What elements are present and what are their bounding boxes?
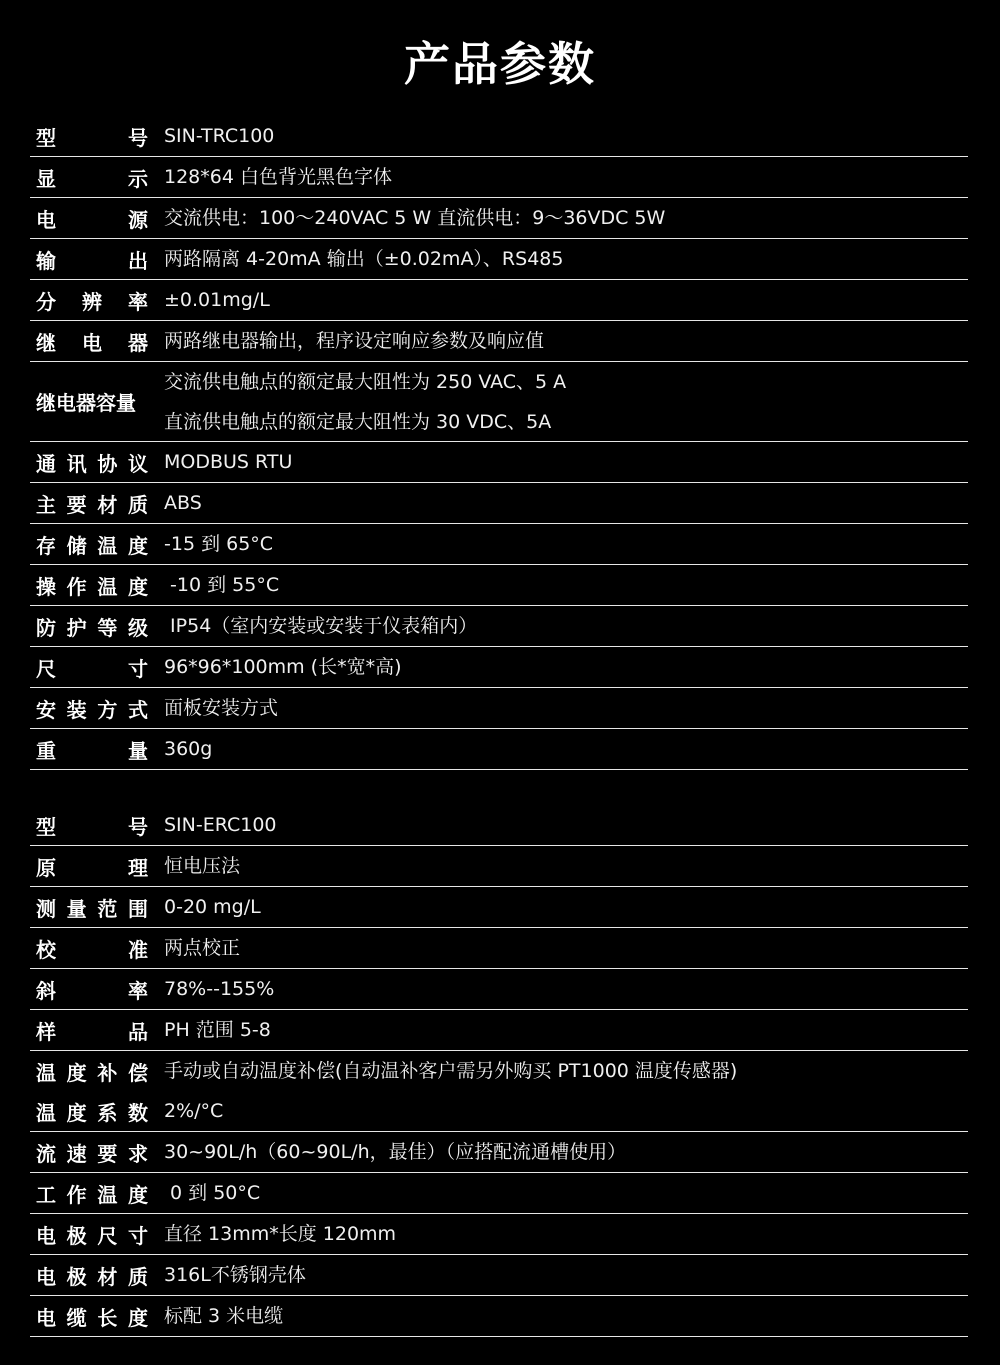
spec-row-display: 显示 128*64 白色背光黑色字体: [30, 157, 968, 198]
label-char: 寸: [128, 653, 148, 682]
spec-label: 流速要求: [36, 1138, 148, 1167]
spec-value-line: 直流供电触点的额定最大阻性为 30 VDC、5A: [164, 402, 566, 442]
spec-value: 0-20 mg/L: [164, 887, 261, 927]
label-char: 围: [128, 893, 148, 922]
spec-row-model: 型号 SIN-ERC100: [30, 805, 968, 846]
label-char: 电: [36, 204, 56, 233]
spec-value: 316L不锈钢壳体: [164, 1255, 306, 1295]
label-char: 量: [67, 893, 87, 922]
spec-row-relay: 继电器 两路继电器输出，程序设定响应参数及响应值: [30, 321, 968, 362]
label-char: 分: [36, 286, 56, 315]
spec-value-line: 交流供电触点的额定最大阻性为 250 VAC、5 A: [164, 362, 566, 402]
spec-row-material: 主要材质 ABS: [30, 483, 968, 524]
label-char: 理: [128, 852, 148, 881]
spec-label: 原理: [36, 852, 148, 881]
label-char: 协: [97, 448, 117, 477]
spec-value: MODBUS RTU: [164, 442, 292, 482]
spec-value: 两路隔离 4-20mA 输出（±0.02mA）、RS485: [164, 239, 563, 279]
label-char: 电: [36, 1302, 56, 1331]
spec-label: 显示: [36, 163, 148, 192]
label-char: 质: [128, 1261, 148, 1290]
spec-value: 0 到 50°C: [164, 1173, 260, 1213]
label-char: 速: [67, 1138, 87, 1167]
label-char: 温: [36, 1097, 56, 1126]
spec-label: 继电器容量: [36, 387, 148, 416]
spec-value: -10 到 55°C: [164, 565, 279, 605]
spec-label: 输出: [36, 245, 148, 274]
spec-label: 型号: [36, 811, 148, 840]
label-char: 系: [97, 1097, 117, 1126]
spec-row-electrode-size: 电极尺寸 直径 13mm*长度 120mm: [30, 1214, 968, 1255]
page-title: 产品参数: [0, 32, 1000, 96]
spec-label: 型号: [36, 122, 148, 151]
spec-row-weight: 重量 360g: [30, 729, 968, 770]
label-char: 率: [128, 975, 148, 1004]
label-char: 度: [128, 571, 148, 600]
label-char: 求: [128, 1138, 148, 1167]
spec-value: 手动或自动温度补偿(自动温补客户需另外购买 PT1000 温度传感器): [164, 1051, 737, 1091]
label-char: 测: [36, 893, 56, 922]
label-char: 电: [36, 1261, 56, 1290]
label-char: 安: [36, 694, 56, 723]
spec-row-sample: 样品 PH 范围 5-8: [30, 1010, 968, 1051]
spec-label: 样品: [36, 1016, 148, 1045]
label-char: 要: [67, 489, 87, 518]
label-char: 方: [97, 694, 117, 723]
label-char: 寸: [128, 1220, 148, 1249]
spec-label: 测量范围: [36, 893, 148, 922]
spec-label: 操作温度: [36, 571, 148, 600]
label-char: 电: [82, 327, 102, 356]
label-char: 讯: [67, 448, 87, 477]
label-char: 防: [36, 612, 56, 641]
label-char: 继: [36, 327, 56, 356]
label-char: 偿: [128, 1057, 148, 1086]
label-char: 斜: [36, 975, 56, 1004]
spec-value: 78%--155%: [164, 969, 274, 1009]
spec-value: PH 范围 5-8: [164, 1010, 271, 1050]
label-char: 输: [36, 245, 56, 274]
spec-row-installation: 安装方式 面板安装方式: [30, 688, 968, 729]
spec-row-slope: 斜率 78%--155%: [30, 969, 968, 1010]
spec-value: 面板安装方式: [164, 688, 278, 728]
spec-label: 存储温度: [36, 530, 148, 559]
spec-row-temp-compensation: 温度补偿 手动或自动温度补偿(自动温补客户需另外购买 PT1000 温度传感器): [30, 1051, 968, 1091]
spec-row-protection: 防护等级 IP54（室内安装或安装于仪表箱内）: [30, 606, 968, 647]
label-char: 品: [128, 1016, 148, 1045]
spec-label: 继电器: [36, 327, 148, 356]
label-char: 护: [67, 612, 87, 641]
label-char: 议: [128, 448, 148, 477]
spec-label: 安装方式: [36, 694, 148, 723]
spec-row-operating-temp: 操作温度 -10 到 55°C: [30, 565, 968, 606]
spec-label: 电极材质: [36, 1261, 148, 1290]
spec-row-resolution: 分辨率 ±0.01mg/L: [30, 280, 968, 321]
label-char: 重: [36, 735, 56, 764]
label-char: 缆: [67, 1302, 87, 1331]
label-char: 级: [128, 612, 148, 641]
label-char: 补: [97, 1057, 117, 1086]
spec-row-range: 测量范围 0-20 mg/L: [30, 887, 968, 928]
label-char: 尺: [36, 653, 56, 682]
spec-label: 温度补偿: [36, 1057, 148, 1086]
label-char: 流: [36, 1138, 56, 1167]
label-char: 出: [128, 245, 148, 274]
label-char: 示: [128, 163, 148, 192]
spec-value: 两点校正: [164, 928, 240, 968]
label-char: 数: [128, 1097, 148, 1126]
spec-value: 360g: [164, 729, 212, 769]
label-char: 作: [67, 571, 87, 600]
label-char: 等: [97, 612, 117, 641]
spec-label: 分辨率: [36, 286, 148, 315]
spec-value: SIN-TRC100: [164, 116, 274, 156]
label-char: 量: [128, 735, 148, 764]
label-char: 器: [128, 327, 148, 356]
spec-value: 两路继电器输出，程序设定响应参数及响应值: [164, 321, 544, 361]
spec-label: 校准: [36, 934, 148, 963]
label-char: 工: [36, 1179, 56, 1208]
spec-value: SIN-ERC100: [164, 805, 277, 845]
label-char: 辨: [82, 286, 102, 315]
label-char: 尺: [97, 1220, 117, 1249]
spec-label: 主要材质: [36, 489, 148, 518]
label-char: 作: [67, 1179, 87, 1208]
spec-value: 128*64 白色背光黑色字体: [164, 157, 392, 197]
spec-value: 交流供电触点的额定最大阻性为 250 VAC、5 A 直流供电触点的额定最大阻性…: [164, 362, 566, 442]
label-char: 温: [36, 1057, 56, 1086]
label-char: 极: [67, 1261, 87, 1290]
spec-row-dimensions: 尺寸 96*96*100mm (长*宽*高): [30, 647, 968, 688]
spec-row-relay-capacity: 继电器容量 交流供电触点的额定最大阻性为 250 VAC、5 A 直流供电触点的…: [30, 362, 968, 442]
label-char: 型: [36, 811, 56, 840]
spec-label: 斜率: [36, 975, 148, 1004]
label-char: 率: [128, 286, 148, 315]
label-char: 度: [67, 1097, 87, 1126]
spec-row-cable-length: 电缆长度 标配 3 米电缆: [30, 1296, 968, 1337]
spec-row-power: 电源 交流供电：100～240VAC 5 W 直流供电：9～36VDC 5W: [30, 198, 968, 239]
spec-row-electrode-material: 电极材质 316L不锈钢壳体: [30, 1255, 968, 1296]
label-char: 准: [128, 934, 148, 963]
label-char: 温: [97, 571, 117, 600]
spec-row-principle: 原理 恒电压法: [30, 846, 968, 887]
label-char: 极: [67, 1220, 87, 1249]
spec-label: 通讯协议: [36, 448, 148, 477]
spec-value: ±0.01mg/L: [164, 280, 270, 320]
electrode-spec-table: 型号 SIN-ERC100 原理 恒电压法 测量范围 0-20 mg/L 校准 …: [30, 805, 968, 1337]
label-char: 原: [36, 852, 56, 881]
label-char: 源: [128, 204, 148, 233]
spec-value: 交流供电：100～240VAC 5 W 直流供电：9～36VDC 5W: [164, 198, 665, 238]
label-char: 显: [36, 163, 56, 192]
label-char: 号: [128, 811, 148, 840]
spec-row-output: 输出 两路隔离 4-20mA 输出（±0.02mA）、RS485: [30, 239, 968, 280]
label-char: 电: [36, 1220, 56, 1249]
label-char: 温: [97, 530, 117, 559]
label-char: 材: [97, 489, 117, 518]
label-char: 式: [128, 694, 148, 723]
spec-value: 标配 3 米电缆: [164, 1296, 283, 1336]
spec-value: 直径 13mm*长度 120mm: [164, 1214, 396, 1254]
spec-row-temp-coefficient: 温度系数 2%/°C: [30, 1091, 968, 1132]
label-char: 操: [36, 571, 56, 600]
label-char: 质: [128, 489, 148, 518]
label-char: 度: [128, 1302, 148, 1331]
label-char: 范: [97, 893, 117, 922]
spec-label: 电缆长度: [36, 1302, 148, 1331]
controller-spec-table: 型号 SIN-TRC100 显示 128*64 白色背光黑色字体 电源 交流供电…: [30, 116, 968, 770]
spec-label: 工作温度: [36, 1179, 148, 1208]
spec-row-storage-temp: 存储温度 -15 到 65°C: [30, 524, 968, 565]
label-char: 装: [67, 694, 87, 723]
label-char: 度: [128, 530, 148, 559]
spec-value: ABS: [164, 483, 202, 523]
label-char: 度: [67, 1057, 87, 1086]
label-char: 储: [67, 530, 87, 559]
spec-value: 96*96*100mm (长*宽*高): [164, 647, 402, 687]
label-char: 材: [97, 1261, 117, 1290]
label-char: 号: [128, 122, 148, 151]
label-char: 主: [36, 489, 56, 518]
spec-row-flow-rate: 流速要求 30~90L/h（60~90L/h，最佳）（应搭配流通槽使用）: [30, 1132, 968, 1173]
spec-label: 电极尺寸: [36, 1220, 148, 1249]
spec-label: 电源: [36, 204, 148, 233]
spec-value: 恒电压法: [164, 846, 240, 886]
label-char: 校: [36, 934, 56, 963]
spec-label: 防护等级: [36, 612, 148, 641]
label-char: 型: [36, 122, 56, 151]
spec-value: 30~90L/h（60~90L/h，最佳）（应搭配流通槽使用）: [164, 1132, 626, 1172]
label-char: 存: [36, 530, 56, 559]
spec-row-working-temp: 工作温度 0 到 50°C: [30, 1173, 968, 1214]
label-char: 长: [97, 1302, 117, 1331]
spec-row-model: 型号 SIN-TRC100: [30, 116, 968, 157]
spec-row-calibration: 校准 两点校正: [30, 928, 968, 969]
label-char: 温: [97, 1179, 117, 1208]
spec-value: 2%/°C: [164, 1091, 223, 1131]
label-char: 度: [128, 1179, 148, 1208]
spec-label: 重量: [36, 735, 148, 764]
label-char: 要: [97, 1138, 117, 1167]
spec-label: 尺寸: [36, 653, 148, 682]
spec-value: IP54（室内安装或安装于仪表箱内）: [164, 606, 477, 646]
spec-row-protocol: 通讯协议 MODBUS RTU: [30, 442, 968, 483]
spec-label: 温度系数: [36, 1097, 148, 1126]
label-char: 通: [36, 448, 56, 477]
label-char: 样: [36, 1016, 56, 1045]
spec-value: -15 到 65°C: [164, 524, 273, 564]
